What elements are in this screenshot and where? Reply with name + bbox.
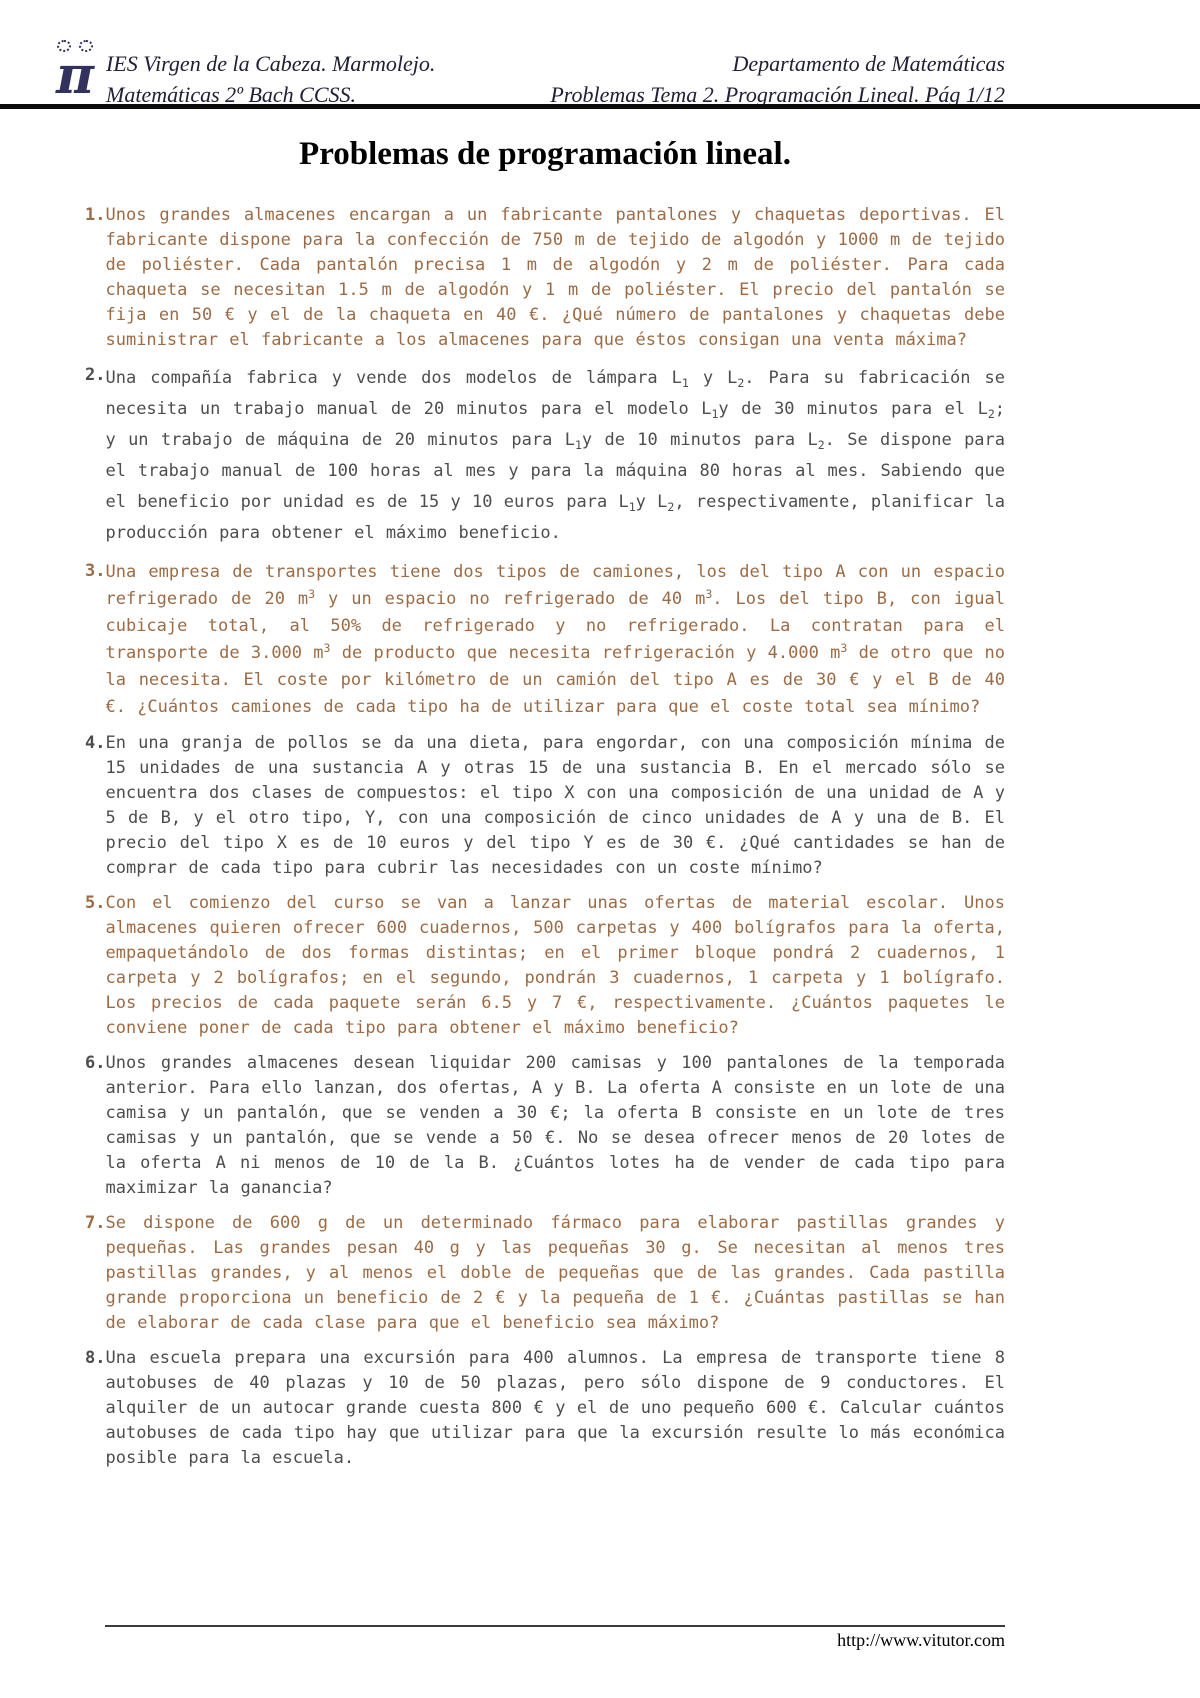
subscript: 1 — [711, 407, 718, 421]
problem-text: Unos grandes almacenes desean liquidar 2… — [105, 1051, 1005, 1201]
problem-text: Se dispone de 600 g de un determinado fá… — [105, 1211, 1005, 1336]
subscript: 1 — [682, 376, 689, 390]
page-title: Problemas de programación lineal. — [85, 136, 1005, 173]
problem-item: 2.Una compañía fabrica y vende dos model… — [85, 363, 1005, 549]
source-url: http://www.vitutor.com — [837, 1630, 1005, 1650]
problem-number: 5. — [85, 891, 105, 1041]
superscript: 3 — [324, 641, 331, 655]
superscript: 3 — [840, 641, 847, 655]
footer: http://www.vitutor.com — [105, 1625, 1005, 1651]
problem-number: 6. — [85, 1051, 105, 1201]
subscript: 1 — [575, 438, 582, 452]
problem-item: 8.Una escuela prepara una excursión para… — [85, 1346, 1005, 1471]
problem-item: 1.Unos grandes almacenes encargan a un f… — [85, 203, 1005, 353]
problem-text: En una granja de pollos se da una dieta,… — [105, 731, 1005, 881]
subscript: 2 — [667, 500, 674, 514]
subscript: 2 — [988, 407, 995, 421]
problem-text: Con el comienzo del curso se van a lanza… — [105, 891, 1005, 1041]
problem-item: 5.Con el comienzo del curso se van a lan… — [85, 891, 1005, 1041]
header-left: IES Virgen de la Cabeza. Marmolejo. Mate… — [106, 48, 435, 110]
problem-item: 7.Se dispone de 600 g de un determinado … — [85, 1211, 1005, 1336]
problem-text: Una escuela prepara una excursión para 4… — [105, 1346, 1005, 1471]
subscript: 1 — [629, 500, 636, 514]
problem-text: Una compañía fabrica y vende dos modelos… — [105, 363, 1005, 549]
school-name: IES Virgen de la Cabeza. Marmolejo. — [106, 48, 435, 79]
problem-number: 4. — [85, 731, 105, 881]
problem-number: 8. — [85, 1346, 105, 1471]
problem-number: 1. — [85, 203, 105, 353]
header-rule — [0, 104, 1200, 109]
problem-item: 6.Unos grandes almacenes desean liquidar… — [85, 1051, 1005, 1201]
subscript: 2 — [818, 438, 825, 452]
problem-number: 7. — [85, 1211, 105, 1336]
superscript: 3 — [705, 587, 712, 601]
problem-number: 2. — [85, 363, 105, 549]
school-logo: π — [44, 38, 106, 108]
department-name: Departamento de Matemáticas — [550, 48, 1005, 79]
problem-item: 4.En una granja de pollos se da una diet… — [85, 731, 1005, 881]
problem-item: 3.Una empresa de transportes tiene dos t… — [85, 559, 1005, 721]
header-right: Departamento de Matemáticas Problemas Te… — [550, 48, 1005, 110]
problem-number: 3. — [85, 559, 105, 721]
problem-text: Una empresa de transportes tiene dos tip… — [105, 559, 1005, 721]
problem-list: 1.Unos grandes almacenes encargan a un f… — [85, 203, 1005, 1481]
problem-text: Unos grandes almacenes encargan a un fab… — [105, 203, 1005, 353]
superscript: 3 — [308, 587, 315, 601]
pi-logo-icon: π — [44, 46, 106, 106]
subscript: 2 — [737, 376, 744, 390]
